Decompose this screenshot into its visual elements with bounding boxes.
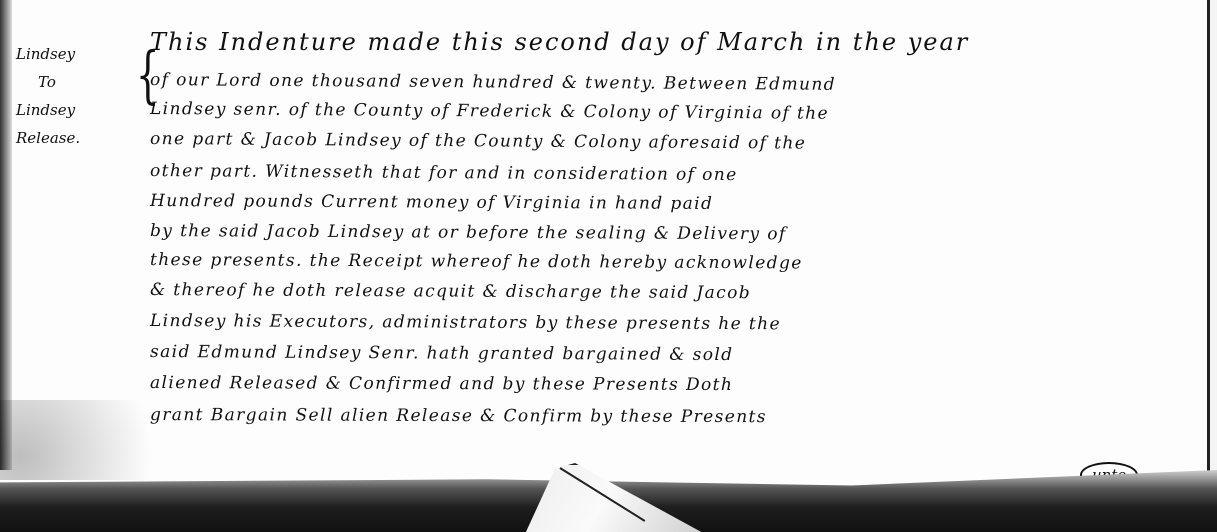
margin-note-line: Lindsey	[16, 96, 146, 124]
margin-note-line: Lindsey	[16, 40, 146, 68]
deed-line: This Indenture made this second day of M…	[150, 28, 969, 56]
deed-line: these presents. the Receipt whereof he d…	[150, 250, 803, 273]
margin-note: Lindsey To Lindsey Release.	[16, 40, 146, 152]
deed-line: other part. Witnesseth that for and in c…	[150, 161, 738, 185]
deed-line: Lindsey senr. of the County of Frederick…	[150, 99, 829, 124]
deed-line: aliened Released & Confirmed and by thes…	[150, 373, 733, 395]
deed-line: by the said Jacob Lindsey at or before t…	[150, 221, 787, 244]
deed-line: of our Lord one thousand seven hundred &…	[150, 70, 836, 95]
deed-line: Hundred pounds Current money of Virginia…	[150, 191, 713, 214]
deed-line: Lindsey his Executors, administrators by…	[150, 311, 781, 334]
deed-line: one part & Jacob Lindsey of the County &…	[150, 129, 806, 154]
deed-line: grant Bargain Sell alien Release & Confi…	[150, 405, 767, 427]
document-page: Lindsey To Lindsey Release. { This Inden…	[0, 0, 1217, 532]
margin-note-line: Release.	[16, 124, 146, 152]
deed-line: said Edmund Lindsey Senr. hath granted b…	[150, 342, 734, 365]
deed-line: & thereof he doth release acquit & disch…	[150, 280, 751, 303]
margin-note-line: To	[16, 68, 146, 96]
page-right-margin	[1210, 0, 1217, 532]
